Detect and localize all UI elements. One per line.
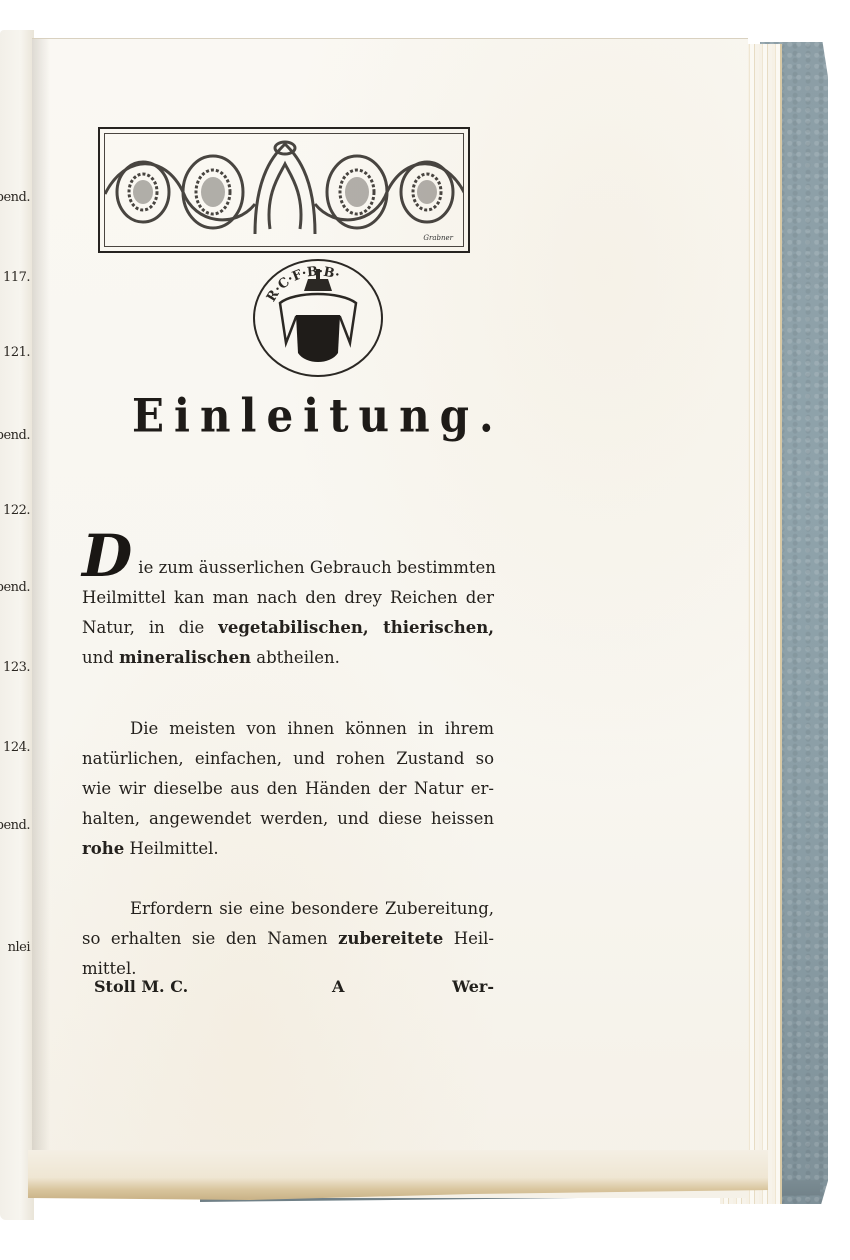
margin-reference: 121. [3, 345, 30, 360]
margin-reference: nlei [8, 940, 30, 955]
text-line: natürlichen, einfachen, und rohen Zustan… [82, 744, 494, 774]
text-run: so erhalten sie den Namen [82, 929, 338, 948]
svg-text:R·C·F·B·B·: R·C·F·B·B· [264, 264, 342, 304]
text-line: rohe Heilmittel. [82, 834, 494, 864]
left-facing-page: Ebend.117.121.bend.122.bend.123.124.Eben… [0, 30, 34, 1220]
text-line: so erhalten sie den Namen zubereitete He… [82, 924, 494, 954]
drop-cap: D [82, 531, 132, 581]
emphasized-term: vegetabilischen, thierischen, [218, 618, 494, 637]
gutter-shadow [32, 39, 50, 1198]
text-line: Erfordern sie eine besondere Zubereitung… [82, 894, 494, 924]
margin-reference: bend. [0, 428, 30, 443]
gathering-mark: A [332, 977, 344, 996]
emphasized-term: mineralischen [119, 648, 251, 667]
text-line: Die meisten von ihnen können in ihrem [82, 714, 494, 744]
text-run: Die meisten von ihnen können in ihrem [130, 719, 494, 738]
text-run: Erfordern sie eine besondere Zubereitung… [130, 899, 494, 918]
text-run: natürlichen, einfachen, und rohen Zustan… [82, 749, 494, 768]
text-run: Heilmittel. [124, 839, 218, 858]
book-photo: Ebend.117.121.bend.122.bend.123.124.Eben… [0, 0, 850, 1260]
text-run: Heilmittel kan man nach den drey Reichen… [82, 588, 494, 607]
scroll-ornament-icon [105, 134, 464, 246]
catchword: Wer- [452, 977, 494, 996]
margin-reference: bend. [0, 580, 30, 595]
text-run: abtheilen. [251, 648, 340, 667]
text-run: mittel. [82, 959, 136, 978]
library-ownership-stamp-icon: R·C·F·B·B· [250, 257, 386, 379]
margin-reference: 117. [3, 270, 30, 285]
emphasized-term: rohe [82, 839, 124, 858]
engraver-signature: Grabner [423, 234, 453, 242]
recto-page: Grabner R·C·F·B·B· Einleitung. D i [32, 38, 748, 1198]
signature-note: Stoll M. C. [94, 977, 188, 996]
paragraph-3: Erfordern sie eine besondere Zubereitung… [82, 894, 494, 984]
margin-reference: Ebend. [0, 818, 30, 833]
text-line: ie zum äusserlichen Gebrauch bestimmten [82, 531, 494, 583]
chapter-title: Einleitung. [132, 389, 452, 443]
emphasized-term: zubereitete [338, 929, 443, 948]
headpiece-ornament: Grabner [98, 127, 470, 253]
text-run: ie zum äusserlichen Gebrauch bestimmten [138, 558, 496, 577]
text-line: Natur, in die vegetabilischen, thierisch… [82, 613, 494, 643]
margin-reference: Ebend. [0, 190, 30, 205]
text-run: und [82, 648, 119, 667]
paragraph-1: D ie zum äusserlichen Gebrauch bestimmte… [82, 531, 494, 673]
text-run: wie wir dieselbe aus den Händen der Natu… [82, 779, 494, 798]
text-line: wie wir dieselbe aus den Händen der Natu… [82, 774, 494, 804]
margin-reference: 122. [3, 503, 30, 518]
text-line: und mineralischen abtheilen. [82, 643, 494, 673]
paragraph-2: Die meisten von ihnen können in ihrem na… [82, 714, 494, 864]
margin-reference: 124. [3, 740, 30, 755]
text-run: Heil- [443, 929, 494, 948]
text-line: halten, angewendet werden, und diese hei… [82, 804, 494, 834]
text-run: Natur, in die [82, 618, 218, 637]
ornamental-scroll-band-icon: Grabner [104, 133, 464, 247]
text-line: Heilmittel kan man nach den drey Reichen… [82, 583, 494, 613]
signature-line: Stoll M. C. A Wer- [94, 977, 494, 1001]
margin-reference: 123. [3, 660, 30, 675]
text-run: halten, angewendet werden, und diese hei… [82, 809, 494, 828]
ownership-stamp: R·C·F·B·B· [250, 257, 386, 379]
